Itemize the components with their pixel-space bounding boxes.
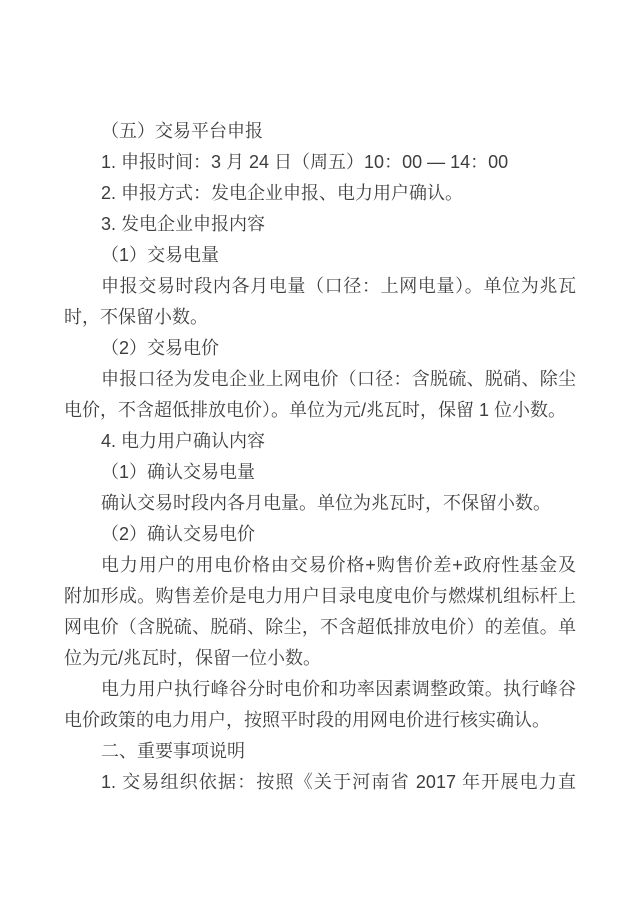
document-line: 3. 发电企业申报内容 [64, 209, 576, 240]
document-line: 网电价（含脱硫、脱硝、除尘，不含超低排放电价）的差值。单 [64, 612, 576, 643]
document-line: 电价，不含超低排放电价）。单位为元/兆瓦时，保留 1 位小数。 [64, 395, 576, 426]
document-line: 4. 电力用户确认内容 [64, 426, 576, 457]
document-line: 电力用户执行峰谷分时电价和功率因素调整政策。执行峰谷 [64, 674, 576, 705]
document-line: 位为元/兆瓦时，保留一位小数。 [64, 643, 576, 674]
document-line: 确认交易时段内各月电量。单位为兆瓦时，不保留小数。 [64, 488, 576, 519]
document-line: 电力用户的用电价格由交易价格+购售价差+政府性基金及 [64, 550, 576, 581]
document-line: 电价政策的电力用户，按照平时段的用网电价进行核实确认。 [64, 705, 576, 736]
document-line: 二、重要事项说明 [64, 736, 576, 767]
document-body: （五）交易平台申报1. 申报时间：3 月 24 日（周五）10：00 — 14：… [64, 116, 576, 798]
document-line: （1）交易电量 [64, 240, 576, 271]
document-line: （2）确认交易电价 [64, 519, 576, 550]
document-page: （五）交易平台申报1. 申报时间：3 月 24 日（周五）10：00 — 14：… [0, 0, 640, 905]
document-line: 2. 申报方式：发电企业申报、电力用户确认。 [64, 178, 576, 209]
document-line: 申报口径为发电企业上网电价（口径：含脱硫、脱硝、除尘 [64, 364, 576, 395]
document-line: 申报交易时段内各月电量（口径：上网电量）。单位为兆瓦 [64, 271, 576, 302]
document-line: （2）交易电价 [64, 333, 576, 364]
document-line: 1. 申报时间：3 月 24 日（周五）10：00 — 14：00 [64, 147, 576, 178]
document-line: 1. 交易组织依据：按照《关于河南省 2017 年开展电力直 [64, 767, 576, 798]
document-line: （1）确认交易电量 [64, 457, 576, 488]
document-line: 附加形成。购售差价是电力用户目录电度电价与燃煤机组标杆上 [64, 581, 576, 612]
document-line: 时，不保留小数。 [64, 302, 576, 333]
document-line: （五）交易平台申报 [64, 116, 576, 147]
